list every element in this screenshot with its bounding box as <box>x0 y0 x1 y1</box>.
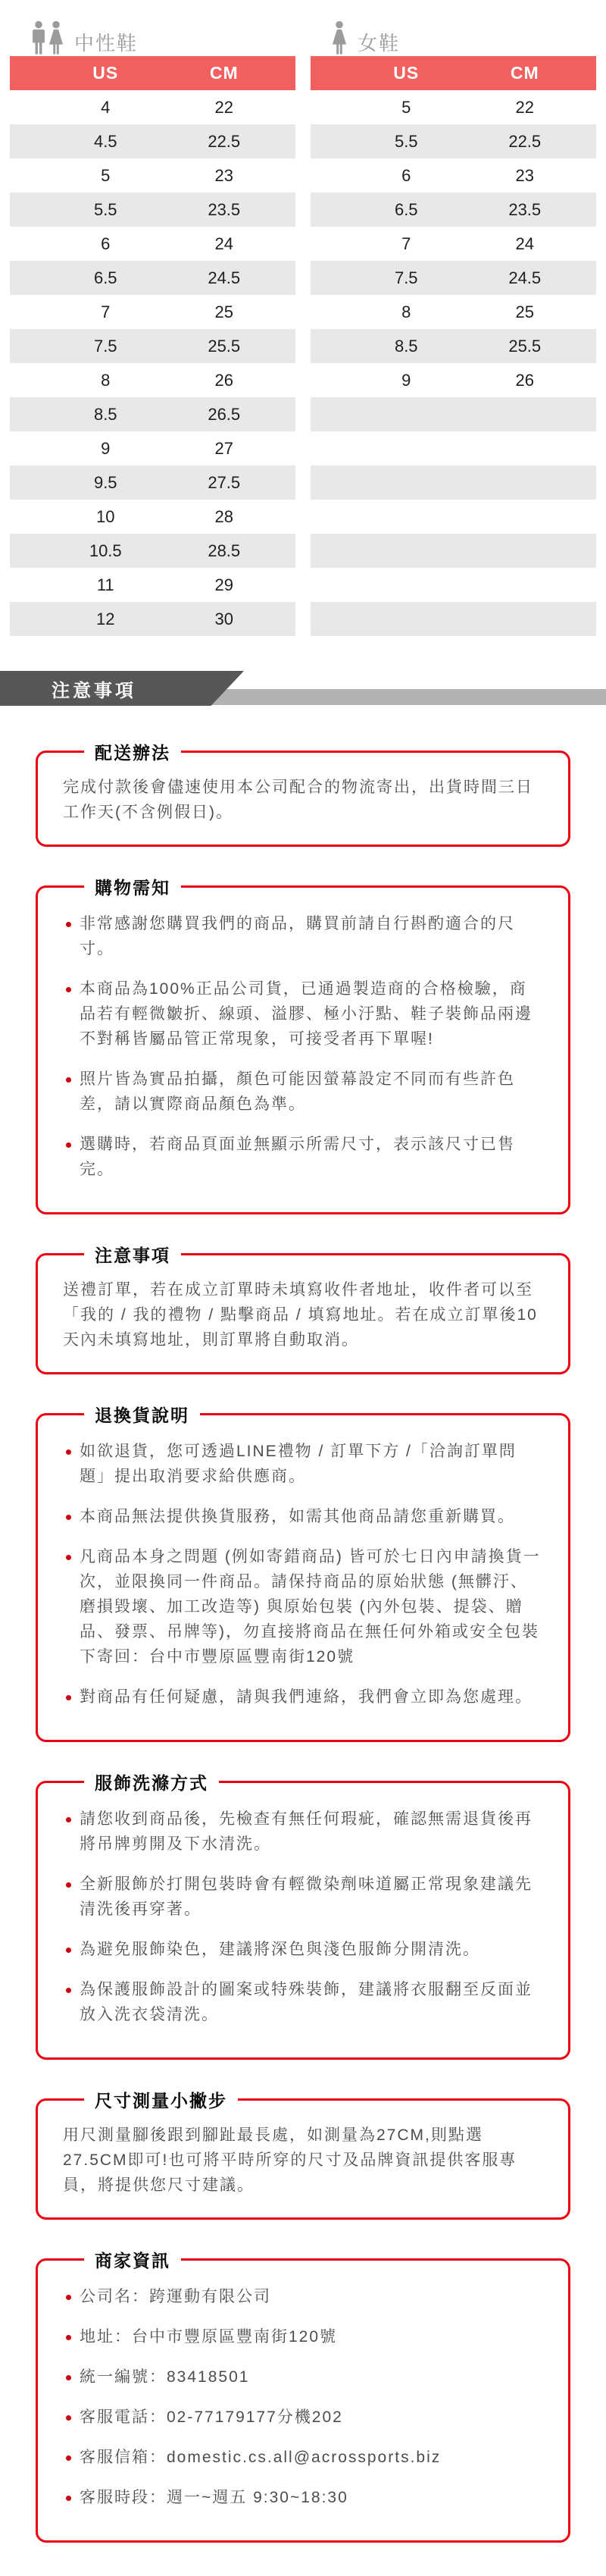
table-cell: 8.5 <box>311 337 454 356</box>
section-5: 尺寸測量小撇步用尺測量腳後跟到腳趾最長處，如測量為27CM,則點選27.5CM即… <box>36 2087 570 2220</box>
table-row-empty <box>311 500 596 534</box>
notice-item: 為避免服飾染色，建議將深色與淺色服飾分開清洗。 <box>63 1937 543 1962</box>
table-cell: 9 <box>10 439 153 459</box>
table-title-row: 女鞋 <box>311 12 596 56</box>
table-cell: 9 <box>311 371 454 390</box>
size-guide-page: 中性鞋USCM4224.522.55235.523.56246.524.5725… <box>0 0 606 2576</box>
table-cell: 28 <box>153 507 296 527</box>
table-header-row: USCM <box>10 56 295 90</box>
table-cell: 29 <box>153 575 296 595</box>
section-paragraph: 用尺測量腳後跟到腳趾最長處，如測量為27CM,則點選27.5CM即可!也可將平時… <box>63 2123 543 2198</box>
banner-gray-bar <box>193 689 606 705</box>
table-row-empty <box>311 465 596 500</box>
table-cell: 27.5 <box>153 473 296 493</box>
notice-item: 客服時段：週一~週五 9:30~18:30 <box>63 2485 543 2510</box>
table-cell: 5.5 <box>10 200 153 220</box>
table-row: 725 <box>10 295 295 329</box>
section-2: 注意事項送禮訂單，若在成立訂單時未填寫收件者地址，收件者可以至「我的 / 我的禮… <box>36 1242 570 1374</box>
column-header: CM <box>153 63 296 83</box>
section-title: 配送辦法 <box>84 739 181 764</box>
table-cell: 30 <box>153 610 296 629</box>
table-row-empty <box>311 534 596 568</box>
table-cell: 6.5 <box>10 268 153 288</box>
table-cell: 24 <box>454 234 597 254</box>
size-table-women: 女鞋USCM5225.522.56236.523.57247.524.58258… <box>311 12 596 636</box>
column-header: US <box>10 63 153 83</box>
section-paragraph: 完成付款後會儘速使用本公司配合的物流寄出，出貨時間三日工作天(不含例假日)。 <box>63 775 543 825</box>
table-row: 8.526.5 <box>10 397 295 431</box>
table-cell: 22.5 <box>454 132 597 152</box>
notice-item: 全新服飾於打開包裝時會有輕微染劑味道屬正常現象建議先清洗後再穿著。 <box>63 1872 543 1922</box>
notice-item: 請您收到商品後，先檢查有無任何瑕疵，確認無需退貨後再將吊牌剪開及下水清洗。 <box>63 1807 543 1857</box>
table-cell: 6 <box>311 166 454 186</box>
table-row: 926 <box>311 363 596 397</box>
table-header-row: USCM <box>311 56 596 90</box>
table-cell: 25.5 <box>153 337 296 356</box>
table-cell: 7.5 <box>10 337 153 356</box>
table-cell: 24 <box>153 234 296 254</box>
table-row: 5.523.5 <box>10 193 295 227</box>
table-row: 6.523.5 <box>311 193 596 227</box>
table-cell: 6 <box>10 234 153 254</box>
table-cell: 25 <box>454 302 597 322</box>
notice-item: 如欲退貨，您可透過LINE禮物 / 訂單下方 /「洽詢訂單問題」提出取消要求給供… <box>63 1439 543 1489</box>
table-cell: 22.5 <box>153 132 296 152</box>
table-row: 1230 <box>10 602 295 636</box>
section-title: 尺寸測量小撇步 <box>84 2087 238 2112</box>
notice-item: 客服電話：02-77179177分機202 <box>63 2405 543 2430</box>
table-row: 826 <box>10 363 295 397</box>
notice-item: 統一編號：83418501 <box>63 2364 543 2390</box>
size-table-unisex: 中性鞋USCM4224.522.55235.523.56246.524.5725… <box>10 12 295 636</box>
section-title: 注意事項 <box>84 1242 181 1267</box>
table-row: 7.524.5 <box>311 261 596 295</box>
table-cell: 23 <box>454 166 597 186</box>
table-row: 9.527.5 <box>10 465 295 500</box>
table-title-row: 中性鞋 <box>10 12 295 56</box>
table-cell: 5.5 <box>311 132 454 152</box>
table-cell: 8 <box>311 302 454 322</box>
table-row: 624 <box>10 227 295 261</box>
table-row-empty <box>311 602 596 636</box>
table-cell: 26 <box>153 371 296 390</box>
table-cell: 10 <box>10 507 153 527</box>
table-cell: 6.5 <box>311 200 454 220</box>
table-cell: 23.5 <box>153 200 296 220</box>
table-row: 523 <box>10 158 295 193</box>
section-title: 商家資訊 <box>84 2247 181 2272</box>
notice-item: 照片皆為實品拍攝，顏色可能因螢幕設定不同而有些許色差，請以實際商品顏色為準。 <box>63 1067 543 1117</box>
table-row: 8.525.5 <box>311 329 596 363</box>
section-0: 配送辦法完成付款後會儘速使用本公司配合的物流寄出，出貨時間三日工作天(不含例假日… <box>36 739 570 847</box>
table-cell: 26 <box>454 371 597 390</box>
table-row: 1028 <box>10 500 295 534</box>
table-title: 女鞋 <box>358 28 400 56</box>
banner-title: 注意事項 <box>52 675 136 702</box>
table-cell: 11 <box>10 575 153 595</box>
male-female-icon <box>28 20 67 56</box>
table-cell: 5 <box>10 166 153 186</box>
table-title: 中性鞋 <box>74 28 138 56</box>
table-cell: 24.5 <box>454 268 597 288</box>
column-header: CM <box>454 63 597 83</box>
table-cell: 10.5 <box>10 541 153 561</box>
section-6: 商家資訊公司名：跨運動有限公司地址：台中市豐原區豐南街120號統一編號：8341… <box>36 2247 570 2543</box>
banner-flag: 注意事項 <box>0 671 244 706</box>
table-cell: 27 <box>153 439 296 459</box>
notice-item: 凡商品本身之問題 (例如寄錯商品) 皆可於七日內申請換貨一次，並限換同一件商品。… <box>63 1544 543 1669</box>
table-cell: 8.5 <box>10 405 153 425</box>
table-cell: 7 <box>10 302 153 322</box>
table-cell: 23 <box>153 166 296 186</box>
section-4: 服飾洗滌方式請您收到商品後，先檢查有無任何瑕疵，確認無需退貨後再將吊牌剪開及下水… <box>36 1769 570 2060</box>
table-row: 1129 <box>10 568 295 602</box>
section-title: 退換貨說明 <box>84 1402 200 1427</box>
table-cell: 26.5 <box>153 405 296 425</box>
table-row: 623 <box>311 158 596 193</box>
table-row: 825 <box>311 295 596 329</box>
section-paragraph: 送禮訂單，若在成立訂單時未填寫收件者地址，收件者可以至「我的 / 我的禮物 / … <box>63 1277 543 1352</box>
notice-item: 選購時，若商品頁面並無顯示所需尺寸，表示該尺寸已售完。 <box>63 1132 543 1182</box>
table-cell: 4.5 <box>10 132 153 152</box>
table-cell: 24.5 <box>153 268 296 288</box>
size-tables: 中性鞋USCM4224.522.55235.523.56246.524.5725… <box>0 0 606 636</box>
table-cell: 12 <box>10 610 153 629</box>
table-row: 422 <box>10 90 295 124</box>
notice-item: 地址：台中市豐原區豐南街120號 <box>63 2324 543 2349</box>
table-row: 522 <box>311 90 596 124</box>
notice-item: 為保護服飾設計的圖案或特殊裝飾，建議將衣服翻至反面並放入洗衣袋清洗。 <box>63 1977 543 2027</box>
table-cell: 8 <box>10 371 153 390</box>
table-cell: 28.5 <box>153 541 296 561</box>
table-row: 4.522.5 <box>10 124 295 158</box>
table-cell: 5 <box>311 98 454 118</box>
notice-sections: 配送辦法完成付款後會儘速使用本公司配合的物流寄出，出貨時間三日工作天(不含例假日… <box>0 706 606 2576</box>
notice-item: 對商品有任何疑慮，請與我們連絡，我們會立即為您處理。 <box>63 1684 543 1709</box>
section-3: 退換貨說明如欲退貨，您可透過LINE禮物 / 訂單下方 /「洽詢訂單問題」提出取… <box>36 1402 570 1742</box>
table-cell: 22 <box>454 98 597 118</box>
notice-banner: 注意事項 <box>0 671 606 706</box>
table-row-empty <box>311 397 596 431</box>
table-row: 10.528.5 <box>10 534 295 568</box>
table-cell: 23.5 <box>454 200 597 220</box>
table-cell: 22 <box>153 98 296 118</box>
section-1: 購物需知非常感謝您購買我們的商品，購買前請自行斟酌適合的尺寸。本商品為100%正… <box>36 874 570 1214</box>
notice-item: 公司名：跨運動有限公司 <box>63 2284 543 2309</box>
notice-item: 本商品為100%正品公司貨，已通過製造商的合格檢驗，商品若有輕微皺折、線頭、溢膠… <box>63 976 543 1051</box>
table-cell: 25 <box>153 302 296 322</box>
notice-item: 本商品無法提供換貨服務，如需其他商品請您重新購買。 <box>63 1504 543 1529</box>
column-header: US <box>311 63 454 83</box>
table-cell: 7.5 <box>311 268 454 288</box>
table-row-empty <box>311 568 596 602</box>
table-row: 7.525.5 <box>10 329 295 363</box>
notice-item: 客服信箱：domestic.cs.all@acrossports.biz <box>63 2445 543 2470</box>
table-cell: 4 <box>10 98 153 118</box>
table-row: 5.522.5 <box>311 124 596 158</box>
table-cell: 9.5 <box>10 473 153 493</box>
table-row: 927 <box>10 431 295 465</box>
table-cell: 25.5 <box>454 337 597 356</box>
table-cell: 7 <box>311 234 454 254</box>
table-row: 724 <box>311 227 596 261</box>
section-title: 購物需知 <box>84 874 181 899</box>
table-row-empty <box>311 431 596 465</box>
female-icon <box>329 20 350 56</box>
section-title: 服飾洗滌方式 <box>84 1769 219 1794</box>
notice-item: 非常感謝您購買我們的商品，購買前請自行斟酌適合的尺寸。 <box>63 911 543 961</box>
table-row: 6.524.5 <box>10 261 295 295</box>
